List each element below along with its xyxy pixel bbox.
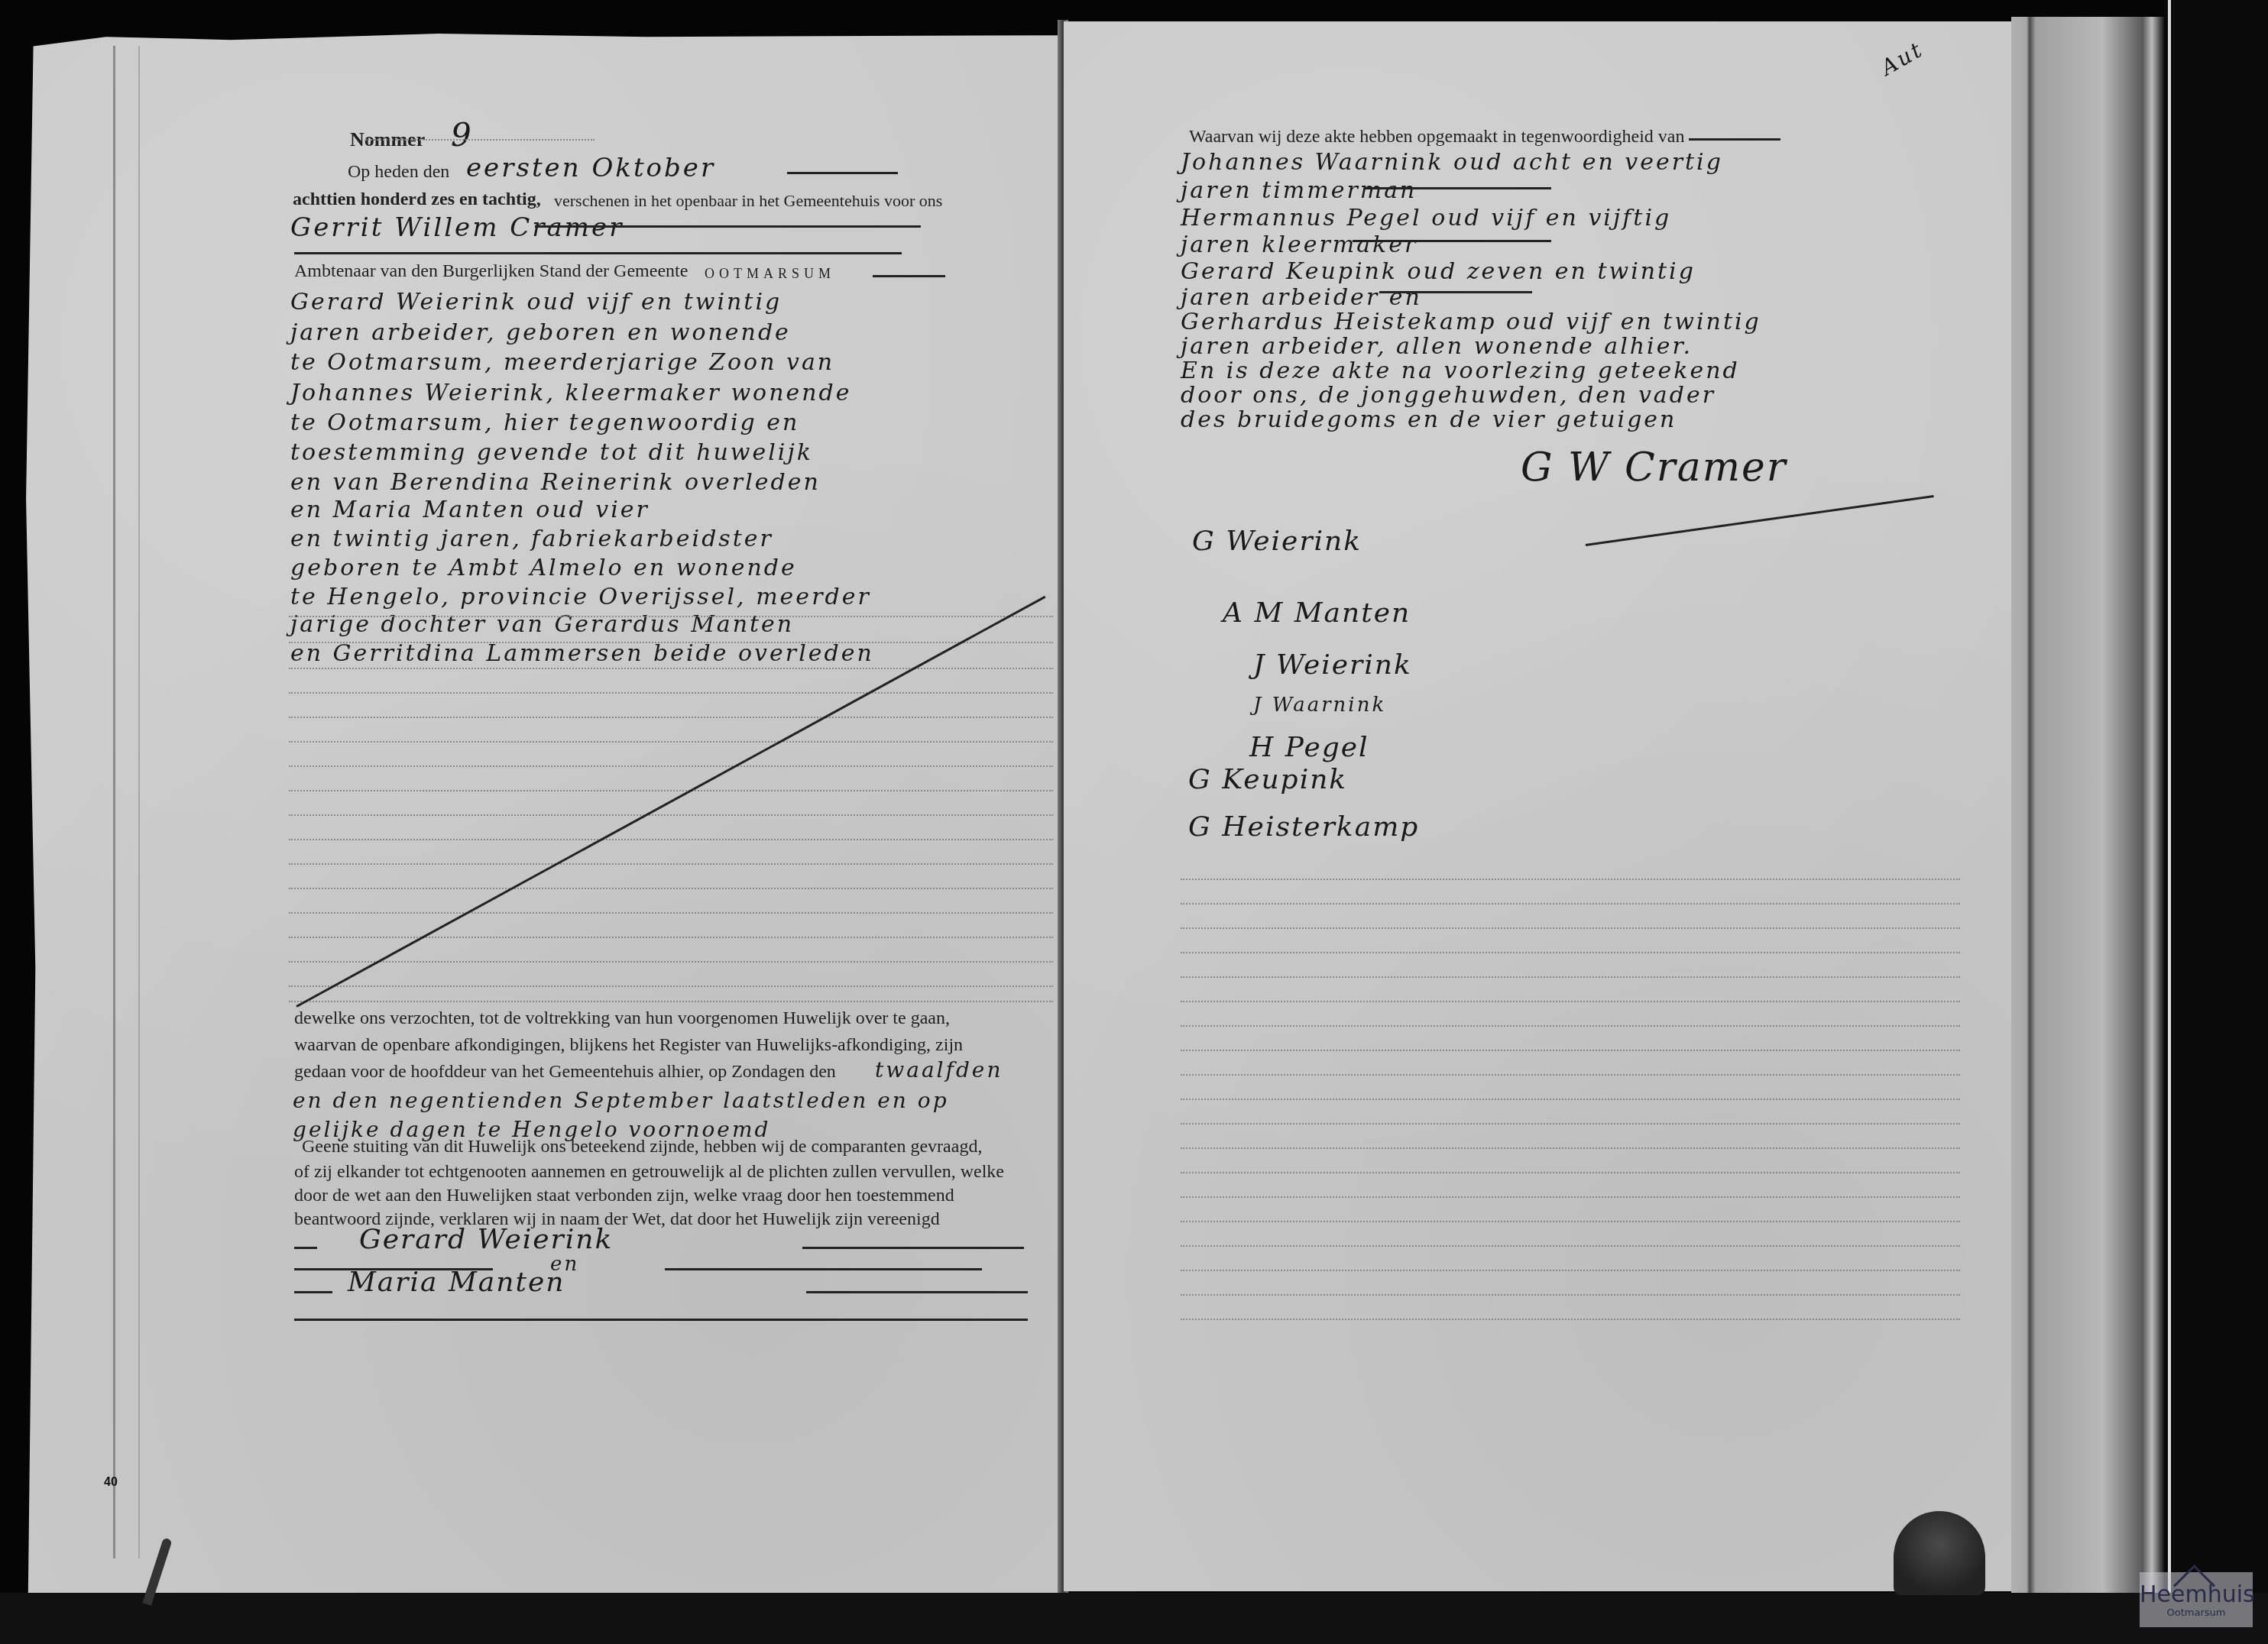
printed-line: Geene stuiting van dit Huwelijk ons bete… (302, 1137, 982, 1157)
fill-rule (873, 275, 945, 277)
heemhuis-watermark: Heemhuis Ootmarsum (2140, 1572, 2253, 1627)
ruled-line (289, 863, 1053, 865)
signature-witness-4: G Heisterkamp (1188, 811, 1419, 843)
margin-page-number: 40 (104, 1476, 118, 1490)
ruled-line (289, 814, 1053, 816)
ruled-line (1181, 1294, 1960, 1296)
fill-rule (806, 1291, 1028, 1293)
printed-line: waarvan de openbare afkondigingen, blijk… (294, 1035, 963, 1056)
ruled-line (1181, 1196, 1960, 1198)
body-line: te Ootmarsum, meerderjarige Zoon van (290, 349, 834, 376)
fill-rule (294, 252, 902, 254)
witness-line: jaren kleermaker (1181, 231, 1417, 258)
ruled-line (1181, 1123, 1960, 1125)
body-line: Johannes Weierink, kleermaker wonende (290, 380, 851, 406)
ruled-line (289, 717, 1053, 718)
right-page-edge (2011, 17, 2164, 1598)
witness-line: Johannes Waarnink oud acht en veertig (1181, 149, 1723, 176)
fill-rule (1364, 187, 1551, 189)
fill-rule (535, 225, 921, 228)
scan-border-bottom (0, 1593, 2268, 1644)
pinecone-paperweight (1894, 1511, 1985, 1595)
ruled-line (1181, 976, 1960, 978)
body-line: en twintig jaren, fabriekarbeidster (290, 526, 773, 552)
bride-name: Maria Manten (348, 1267, 565, 1298)
printed-line: of zij elkander tot echtgenooten aanneme… (294, 1162, 1004, 1183)
ruled-line (1181, 1245, 1960, 1247)
ruled-line (289, 937, 1053, 938)
witness-line: jaren arbeider en (1181, 284, 1422, 311)
fill-rule (1689, 138, 1780, 141)
body-line: en van Berendina Reinerink overleden (290, 469, 821, 496)
dotted-line (365, 139, 595, 141)
printed-line: gedaan voor de hoofddeur van het Gemeent… (294, 1062, 836, 1083)
ruled-line (1181, 927, 1960, 929)
left-binding-edge (113, 46, 140, 1558)
fill-rule (787, 172, 898, 174)
signature-witness-2: H Pegel (1249, 732, 1369, 763)
witness-line: Gerhardus Heistekamp oud vijf en twintig (1181, 309, 1761, 335)
ruled-line (289, 668, 1053, 669)
witness-line: jaren timmerman (1181, 177, 1417, 204)
body-line: geboren te Ambt Almelo en wonende (290, 555, 797, 581)
fill-rule (294, 1247, 317, 1249)
ruled-line (289, 912, 1053, 914)
body-line: en Maria Manten oud vier (290, 497, 650, 523)
fill-rule (665, 1268, 982, 1270)
signature-father: J Weierink (1253, 649, 1412, 681)
ruled-line (1181, 903, 1960, 905)
ruled-line (289, 839, 1053, 840)
body-line: toestemming gevende tot dit huwelijk (290, 439, 813, 466)
ruled-line (289, 790, 1053, 791)
ambtenaar-text: Ambtenaar van den Burgerlijken Stand der… (294, 261, 688, 282)
signature-witness-3: G Keupink (1188, 764, 1347, 795)
ruled-line (1181, 1025, 1960, 1027)
ruled-line (289, 985, 1053, 987)
nommer-value: 9 (451, 116, 474, 154)
appeared-text: verschenen in het openbaar in het Gemeen… (554, 191, 942, 211)
witness-line: door ons, de jonggehuwden, den vader (1181, 382, 1716, 409)
signature-bride: A M Manten (1223, 597, 1411, 629)
signature-witness-1: J Waarnink (1253, 694, 1386, 717)
fill-rule (1353, 240, 1551, 242)
banns-date-1: twaalfden (875, 1057, 1003, 1083)
ruled-line (1181, 1172, 1960, 1173)
body-line: Gerard Weierink oud vijf en twintig (290, 289, 782, 316)
ruled-line (289, 765, 1053, 767)
fill-rule (294, 1291, 332, 1293)
ruled-line (289, 692, 1053, 694)
witness-intro: Waarvan wij deze akte hebben opgemaakt i… (1189, 127, 1684, 147)
witness-line: Gerard Keupink oud zeven en twintig (1181, 258, 1696, 285)
fill-rule (294, 1319, 1028, 1321)
watermark-sub: Ootmarsum (2140, 1607, 2253, 1619)
ruled-line (1181, 1099, 1960, 1100)
witness-line: des bruidegoms en de vier getuigen (1181, 406, 1677, 433)
witness-line: jaren arbeider, allen wonende alhier. (1181, 333, 1693, 360)
ruled-line (1181, 1319, 1960, 1320)
ruled-line (1181, 1074, 1960, 1076)
printed-line: door de wet aan den Huwelijken staat ver… (294, 1186, 954, 1206)
printed-line: dewelke ons verzochten, tot de voltrekki… (294, 1008, 950, 1029)
ruled-line (1181, 1147, 1960, 1149)
groom-name: Gerard Weierink (359, 1224, 613, 1255)
ruled-line (289, 616, 1053, 617)
official-signature: G W Cramer (1521, 445, 1787, 490)
body-line: jaren arbeider, geboren en wonende (290, 319, 791, 346)
banns-date-2: en den negentienden September laatstlede… (293, 1088, 949, 1113)
ruled-line (1181, 1221, 1960, 1222)
body-line: te Ootmarsum, hier tegenwoordig en (290, 409, 799, 436)
witness-line: En is deze akte na voorlezing geteekend (1181, 358, 1740, 384)
ruled-line (289, 961, 1053, 963)
body-line: en Gerritdina Lammersen beide overleden (290, 640, 874, 667)
signature-groom: G Weierink (1192, 526, 1362, 557)
scanned-register-spread: Nommer 9 Op heden den eersten Oktober ac… (0, 0, 2268, 1644)
body-line: te Hengelo, provincie Overijssel, meerde… (290, 584, 871, 610)
ruled-line (1181, 879, 1960, 880)
ruled-line (289, 741, 1053, 743)
ruled-line (289, 1001, 1053, 1002)
official-name-handwritten: Gerrit Willem Cramer (290, 212, 624, 243)
ruled-line (1181, 1050, 1960, 1051)
fill-rule (802, 1247, 1024, 1249)
municipality-name: OOTMARSUM (705, 266, 835, 282)
fill-rule (1379, 291, 1532, 293)
scan-border-right (2164, 0, 2268, 1644)
witness-line: Hermannus Pegel oud vijf en vijftig (1181, 205, 1671, 231)
ruled-line (1181, 952, 1960, 953)
ruled-line (1181, 1001, 1960, 1002)
ruled-line (289, 888, 1053, 889)
date-handwritten: eersten Oktober (466, 153, 715, 183)
op-heden-label: Op heden den (348, 162, 449, 183)
ruled-line (1181, 1270, 1960, 1271)
year-printed: achttien honderd zes en tachtig, (293, 189, 541, 210)
ruled-line (289, 642, 1053, 643)
